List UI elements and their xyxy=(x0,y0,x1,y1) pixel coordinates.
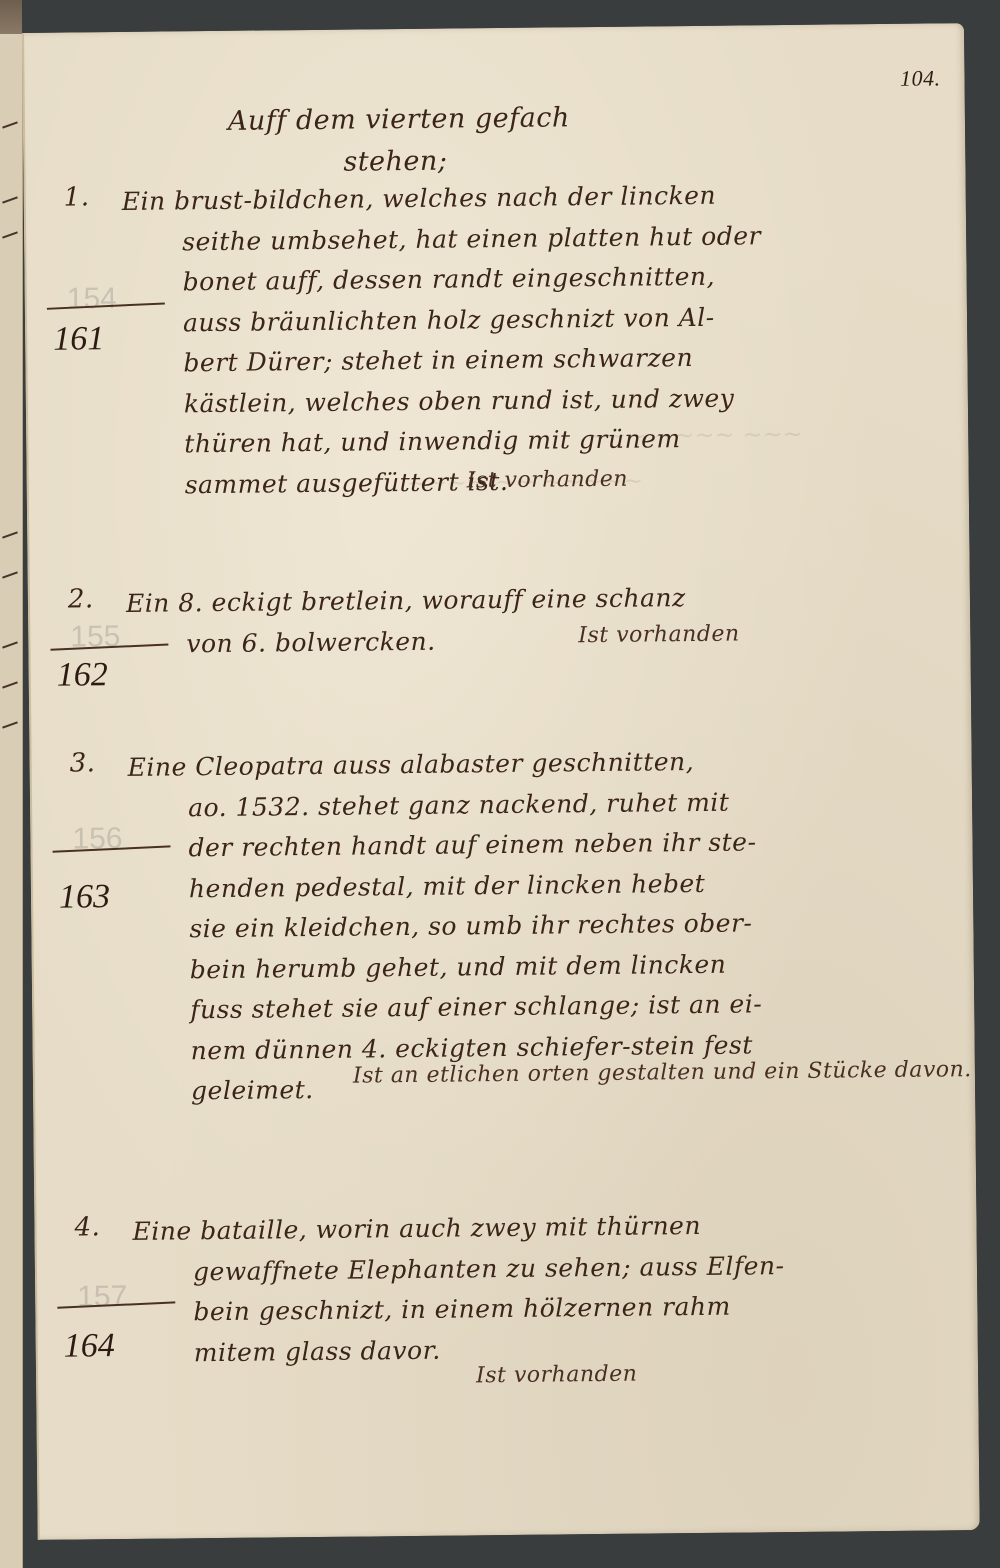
facing-page-ink-mark xyxy=(2,196,18,203)
entry-text: Ein brust-bildchen, welches nach der lin… xyxy=(122,173,945,506)
facing-page-ink-mark xyxy=(2,571,18,578)
catalog-number: 162 xyxy=(57,656,108,695)
folio-number: 104. xyxy=(900,65,941,91)
catalog-number: 163 xyxy=(59,878,110,917)
old-pencil-number: 154 xyxy=(67,282,117,317)
entry-number: 3. xyxy=(69,748,95,778)
gutter-fold xyxy=(22,33,40,1540)
facing-page-ink-mark xyxy=(2,681,18,688)
status-remark: Ist vorhanden xyxy=(476,1362,637,1389)
entry-line: von 6. bolwercken. xyxy=(126,616,946,665)
facing-page-ink-mark xyxy=(2,121,18,128)
catalog-number: 161 xyxy=(53,320,104,359)
facing-page-ink-mark xyxy=(2,531,18,538)
heading-line-1: Auff dem vierten gefach xyxy=(228,102,570,137)
entry-number: 4. xyxy=(74,1212,100,1242)
catalog-entry: 2. Ein 8. eckigt bretlein, worauff eine … xyxy=(28,575,970,585)
facing-page-ink-mark xyxy=(2,721,18,728)
manuscript-page: ~~~ ~~~~ ~~~ ~~~~ ~~ ~~~~~ 104. Auff dem… xyxy=(22,23,980,1540)
entry-number: 2. xyxy=(68,584,94,614)
facing-page-edge xyxy=(0,0,22,34)
section-heading: Auff dem vierten gefach stehen; xyxy=(228,95,789,185)
facing-page-ink-mark xyxy=(2,641,18,648)
facing-page xyxy=(0,34,23,1568)
catalog-entry: 4. Eine bataille, worin auch zwey mit th… xyxy=(34,1203,976,1213)
entry-number: 1. xyxy=(64,182,90,212)
old-pencil-number: 157 xyxy=(77,1280,127,1315)
entry-text: Ein 8. eckigt bretlein, worauff eine sch… xyxy=(126,575,947,665)
facing-page-ink-mark xyxy=(2,231,18,238)
entry-text: Eine bataille, worin auch zwey mit thürn… xyxy=(132,1203,954,1374)
entry-text: Eine Cleopatra auss alabaster geschnitte… xyxy=(127,739,951,1112)
status-remark: Ist vorhanden xyxy=(467,467,628,494)
catalog-entry: 3. Eine Cleopatra auss alabaster geschni… xyxy=(29,739,971,749)
catalog-number: 164 xyxy=(64,1327,115,1366)
status-remark: Ist vorhanden xyxy=(578,622,739,649)
